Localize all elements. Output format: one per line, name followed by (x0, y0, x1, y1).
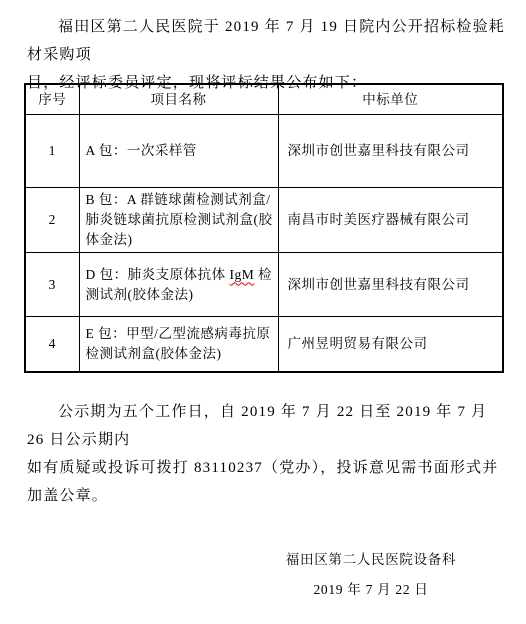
cell-project: E 包：甲型/乙型流感病毒抗原检测试剂盒(胶体金法) (79, 317, 278, 372)
cell-winner: 广州昱明贸易有限公司 (278, 317, 503, 372)
project-text: A 包：一次采样管 (86, 143, 197, 158)
table-row: 4 E 包：甲型/乙型流感病毒抗原检测试剂盒(胶体金法) 广州昱明贸易有限公司 (25, 317, 503, 372)
table-row: 2 B 包：A 群链球菌检测试剂盒/肺炎链球菌抗原检测试剂盒(胶体金法) 南昌市… (25, 188, 503, 253)
notice-paragraph: 公示期为五个工作日，自 2019 年 7 月 22 日至 2019 年 7 月 … (27, 398, 505, 510)
table-row: 1 A 包：一次采样管 深圳市创世嘉里科技有限公司 (25, 115, 503, 188)
project-text: E 包：甲型/乙型流感病毒抗原检测试剂盒(胶体金法) (86, 326, 271, 361)
column-header-project: 项目名称 (79, 84, 278, 115)
table-row: 3 D 包：肺炎支原体抗体 IgM 检测试剂(胶体金法) 深圳市创世嘉里科技有限… (25, 253, 503, 317)
cell-seq: 2 (25, 188, 79, 253)
spellcheck-underlined-text: IgM (230, 267, 255, 282)
cell-project: A 包：一次采样管 (79, 115, 278, 188)
project-text: D 包：肺炎支原体抗体 (86, 267, 230, 282)
notice-line-1: 公示期为五个工作日，自 2019 年 7 月 22 日至 2019 年 7 月 … (27, 398, 505, 454)
cell-winner: 深圳市创世嘉里科技有限公司 (278, 253, 503, 317)
cell-seq: 4 (25, 317, 79, 372)
cell-project: D 包：肺炎支原体抗体 IgM 检测试剂(胶体金法) (79, 253, 278, 317)
table-header-row: 序号 项目名称 中标单位 (25, 84, 503, 115)
column-header-seq: 序号 (25, 84, 79, 115)
announcement-document: 福田区第二人民医院于 2019 年 7 月 19 日院内公开招标检验耗材采购项 … (0, 0, 526, 624)
project-text: B 包：A 群链球菌检测试剂盒/肺炎链球菌抗原检测试剂盒(胶体金法) (86, 192, 273, 247)
notice-line-2: 如有质疑或投诉可拨打 83110237（党办），投诉意见需书面形式并加盖公章。 (27, 454, 505, 510)
cell-winner: 南昌市时美医疗器械有限公司 (278, 188, 503, 253)
cell-seq: 1 (25, 115, 79, 188)
bid-result-table: 序号 项目名称 中标单位 1 A 包：一次采样管 深圳市创世嘉里科技有限公司 2… (24, 83, 504, 373)
intro-line-1: 福田区第二人民医院于 2019 年 7 月 19 日院内公开招标检验耗材采购项 (27, 13, 505, 69)
signature-department: 福田区第二人民医院设备科 (246, 550, 496, 570)
cell-seq: 3 (25, 253, 79, 317)
signature-date: 2019 年 7 月 22 日 (246, 580, 496, 600)
cell-winner: 深圳市创世嘉里科技有限公司 (278, 115, 503, 188)
column-header-winner: 中标单位 (278, 84, 503, 115)
signature-block: 福田区第二人民医院设备科 2019 年 7 月 22 日 (246, 550, 496, 600)
cell-project: B 包：A 群链球菌检测试剂盒/肺炎链球菌抗原检测试剂盒(胶体金法) (79, 188, 278, 253)
